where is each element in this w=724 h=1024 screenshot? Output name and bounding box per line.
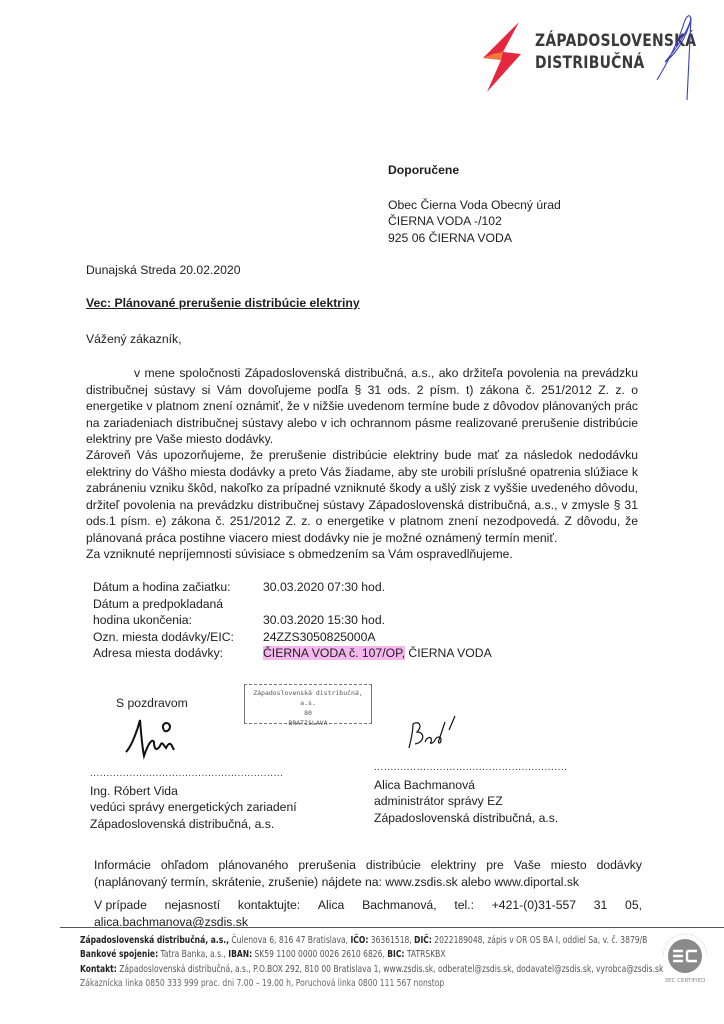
detail-value: 30.03.2020 15:30 hod. (263, 612, 385, 629)
detail-row-address: Adresa miesta dodávky: ČIERNA VODA č. 10… (93, 645, 492, 662)
company-stamp: Západoslovenská distribučná, a.s. 80 BRA… (244, 684, 372, 724)
footer-line-company: Západoslovenská distribučná, a.s., Čulen… (80, 934, 663, 948)
recipient-line: 925 06 ČIERNA VODA (388, 230, 561, 247)
salutation: Vážený zákazník, (86, 331, 182, 348)
footer-ico-label: IČO: (350, 935, 368, 946)
footer-dic-label: DIČ: (414, 935, 432, 946)
footer-contact-value: Západoslovenská distribučná, a.s., P.O.B… (117, 964, 664, 975)
pen-scribble-mark (649, 10, 699, 106)
recipient-line: Obec Čierna Voda Obecný úrad (388, 197, 561, 214)
detail-label: hodina ukončenia: (93, 612, 263, 629)
stamp-line: Západoslovenská distribučná, a.s. (245, 688, 371, 708)
company-footer: Západoslovenská distribučná, a.s., Čulen… (80, 934, 663, 992)
contact-word: kontaktujte: (238, 897, 300, 914)
signatory-company: Západoslovenská distribučná, a.s. (90, 816, 297, 833)
detail-label: Dátum a predpokladaná (93, 596, 263, 613)
signature-vida (124, 716, 194, 760)
contact-word: Alica (318, 897, 344, 914)
contact-word: Bachmanová, (362, 897, 437, 914)
footer-divider (60, 927, 724, 928)
footer-company-name: Západoslovenská distribučná, a.s., (80, 935, 229, 946)
footer-bic-label: BIC: (387, 949, 404, 960)
footer-address: Čulenova 6, 816 47 Bratislava, (229, 935, 351, 946)
footer-iban-label: IBAN: (228, 949, 252, 960)
contact-word: V prípade (94, 897, 147, 914)
paragraph-text: Zároveň Vás upozorňujeme, že prerušenie … (86, 447, 638, 546)
detail-row-end: hodina ukončenia: 30.03.2020 15:30 hod. (93, 612, 492, 629)
signatory-bachmanova: ........................................… (374, 760, 567, 826)
footer-iban-value: SK59 1100 0000 0026 2610 6826, (252, 949, 387, 960)
contact-paragraph: V prípade nejasností kontaktujte: Alica … (94, 897, 642, 930)
footer-line-bank: Bankové spojenie: Tatra Banka, a.s., IBA… (80, 948, 663, 962)
detail-row-start: Dátum a hodina začiatku: 30.03.2020 07:3… (93, 579, 492, 596)
footer-dic-value: 2022189048, zápis v OR OS BA I, oddiel S… (432, 935, 647, 946)
paragraph-warning: Zároveň Vás upozorňujeme, že prerušenie … (86, 447, 638, 563)
detail-row-eic: Ozn. miesta dodávky/EIC: 24ZZS3050825000… (93, 629, 492, 646)
contact-phone: 31 (594, 897, 608, 914)
apology-text: Za vzniknuté nepríjemnosti súvisiace s o… (86, 546, 638, 563)
footer-bic-value: TATRSKBX (404, 949, 445, 960)
signatory-name: Ing. Róbert Vida (90, 783, 297, 800)
svg-text:3EC CERTIFIED: 3EC CERTIFIED (665, 978, 706, 984)
signatory-role: vedúci správy energetických zariadení (90, 799, 297, 816)
stamp-line: BRATISLAVA (245, 718, 371, 728)
detail-label: Adresa miesta dodávky: (93, 645, 263, 662)
info-paragraph: Informácie ohľadom plánovaného prerušeni… (94, 857, 642, 890)
signatory-company: Západoslovenská distribučná, a.s. (374, 810, 567, 827)
closing-phrase: S pozdravom (116, 695, 188, 712)
recipient-line: ČIERNA VODA -/102 (388, 213, 561, 230)
recipient-block: Doporučene Obec Čierna Voda Obecný úrad … (388, 162, 561, 246)
contact-word: nejasností (165, 897, 221, 914)
company-logo: ZÁPADOSLOVENSKÁ DISTRIBUČNÁ (479, 18, 719, 98)
subject-line: Vec: Plánované prerušenie distribúcie el… (86, 295, 360, 312)
place-and-date: Dunajská Streda 20.02.2020 (86, 262, 241, 279)
detail-value: ČIERNA VODA č. 107/OP, ČIERNA VODA (263, 645, 492, 662)
certification-badge-icon: 3EC CERTIFIED (654, 925, 716, 987)
paragraph-text: v mene spoločnosti Západoslovenská distr… (86, 365, 638, 448)
contact-word: tel.: (454, 897, 474, 914)
contact-phone: 05, (625, 897, 642, 914)
highlighted-address: ČIERNA VODA č. 107/OP, (263, 646, 405, 660)
signature-line: ........................................… (374, 760, 567, 777)
detail-value: 24ZZS3050825000A (263, 629, 376, 646)
footer-line-contact: Kontakt: Západoslovenská distribučná, a.… (80, 963, 663, 977)
paragraph-notice: v mene spoločnosti Západoslovenská distr… (86, 365, 638, 448)
footer-ico-value: 36361518, (368, 935, 414, 946)
delivery-type: Doporučene (388, 162, 561, 179)
footer-bank-value: Tatra Banka, a.s., (158, 949, 228, 960)
detail-label: Ozn. miesta dodávky/EIC: (93, 629, 263, 646)
detail-label: Dátum a hodina začiatku: (93, 579, 263, 596)
lightning-bolt-icon (479, 20, 525, 94)
address-rest: ČIERNA VODA (405, 646, 492, 660)
stamp-line: 80 (245, 708, 371, 718)
footer-hotline: Zákaznícka linka 0850 333 999 prac. dni … (80, 977, 663, 991)
signature-bachmanova (405, 714, 465, 754)
signatory-name: Alica Bachmanová (374, 777, 567, 794)
contact-phone: +421-(0)31-557 (492, 897, 576, 914)
signatory-role: administrátor správy EZ (374, 793, 567, 810)
signatory-vida: ........................................… (90, 766, 297, 832)
footer-bank-label: Bankové spojenie: (80, 949, 158, 960)
outage-details: Dátum a hodina začiatku: 30.03.2020 07:3… (93, 579, 492, 662)
detail-value: 30.03.2020 07:30 hod. (263, 579, 385, 596)
footer-contact-label: Kontakt: (80, 964, 117, 975)
detail-row-end-label: Dátum a predpokladaná (93, 596, 492, 613)
contact-line: V prípade nejasností kontaktujte: Alica … (94, 897, 642, 914)
signature-line: ........................................… (90, 766, 297, 783)
